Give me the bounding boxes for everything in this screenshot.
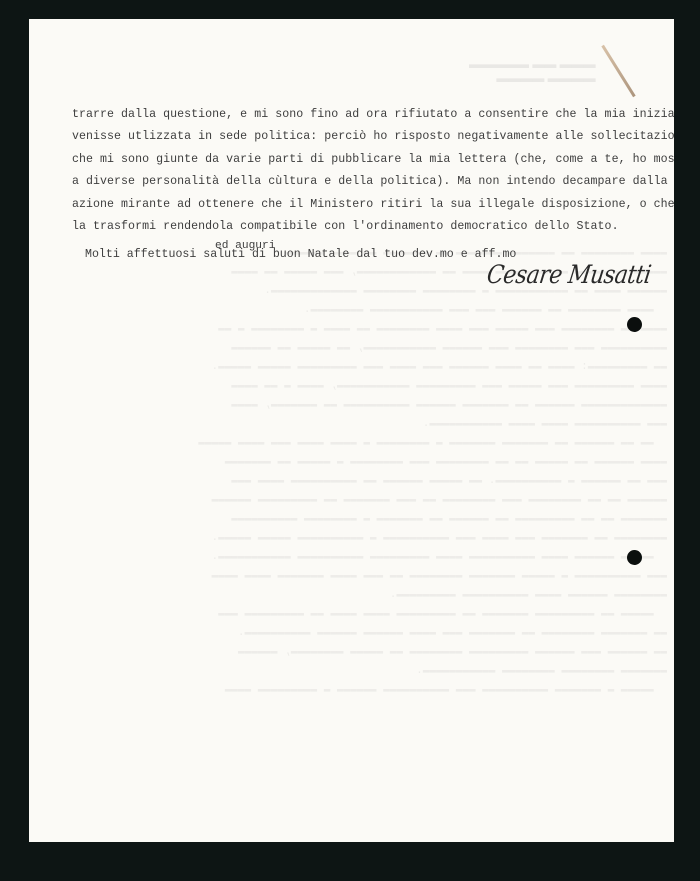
punch-hole: [627, 550, 642, 565]
body-line: venisse utlizzata in sede politica: perc…: [72, 126, 672, 148]
body-line: che mi sono giunte da varie parti di pub…: [72, 149, 672, 171]
body-line: azione mirante ad ottenere che il Minist…: [72, 194, 672, 216]
body-line: la trasformi rendendola compatibile con …: [72, 216, 672, 238]
handwritten-signature: Cesare Musatti: [485, 261, 653, 290]
reverse-side-bleedthrough: ▬▬▬▬ ▬▬▬▬▬▬▬▬ ▬▬ ▬▬▬▬▬▬▬ ▬▬▬▬▬▬▬ ▬▬ ▬▬▬▬…: [47, 244, 667, 700]
punch-hole: [627, 317, 642, 332]
letterhead-bleedthrough: ▬▬▬ ▬▬ ▬▬▬▬▬▬▬▬▬ ▬▬▬▬: [469, 57, 596, 85]
letter-body: trarre dalla questione, e mi sono fino a…: [72, 104, 672, 238]
closing-salutation: Molti affettuosi saluti di buon Natale d…: [85, 248, 516, 261]
paper-crease: [601, 45, 635, 97]
body-line: trarre dalla questione, e mi sono fino a…: [72, 104, 672, 126]
body-line: a diverse personalità della cùltura e de…: [72, 171, 672, 193]
letter-page: ▬▬▬ ▬▬ ▬▬▬▬▬▬▬▬▬ ▬▬▬▬ ▬▬▬▬ ▬▬▬▬▬▬▬▬ ▬▬ ▬…: [29, 19, 674, 842]
